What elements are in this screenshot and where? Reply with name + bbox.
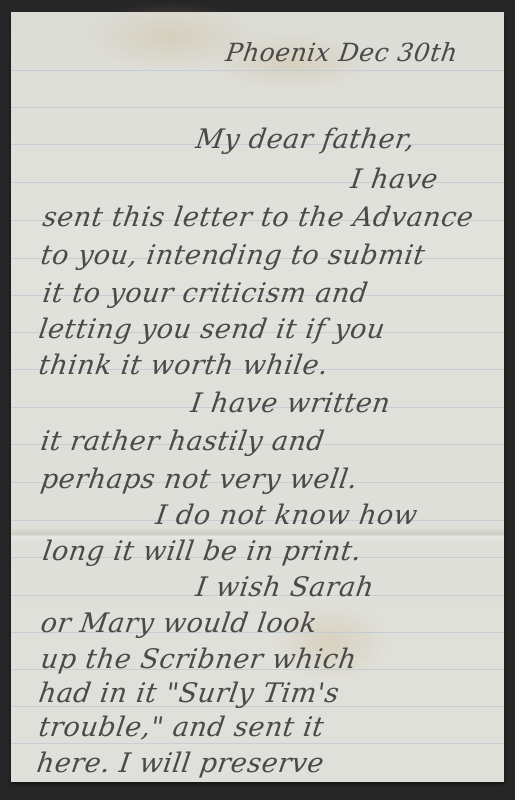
letter-line: it rather hastily and (39, 426, 327, 457)
letter-place: Phoenix (224, 38, 333, 67)
letter-page: Phoenix Dec 30th My dear father, I have … (11, 12, 504, 782)
letter-line: sent this letter to the Advance (41, 202, 476, 233)
ruled-line (11, 70, 504, 71)
letter-line: perhaps not very well. (39, 464, 360, 495)
letter-line: think it worth while. (37, 350, 331, 381)
letter-line: had in it "Surly Tim's (37, 678, 342, 709)
ruled-line (11, 107, 504, 108)
letter-line: to you, intending to submit (39, 240, 427, 271)
letter-line: here. I will preserve (35, 748, 326, 779)
letter-date: Dec 30th (337, 38, 460, 67)
letter-line: letting you send it if you (37, 314, 387, 345)
letter-line: or Mary would look (39, 608, 319, 639)
ruled-line (11, 743, 504, 744)
letter-line: trouble," and sent it (37, 712, 326, 743)
letter-line: I have (349, 164, 440, 195)
letter-line: I wish Sarah (194, 572, 376, 603)
letter-salutation: My dear father, (194, 124, 417, 155)
letter-line: up the Scribner which (39, 644, 359, 675)
letter-line: I have written (189, 388, 393, 419)
letter-line: long it will be in print. (41, 536, 364, 567)
letter-line: it to your criticism and (41, 278, 370, 309)
letter-line: I do not know how (154, 500, 420, 531)
letter-dateline: Phoenix Dec 30th (224, 38, 460, 67)
